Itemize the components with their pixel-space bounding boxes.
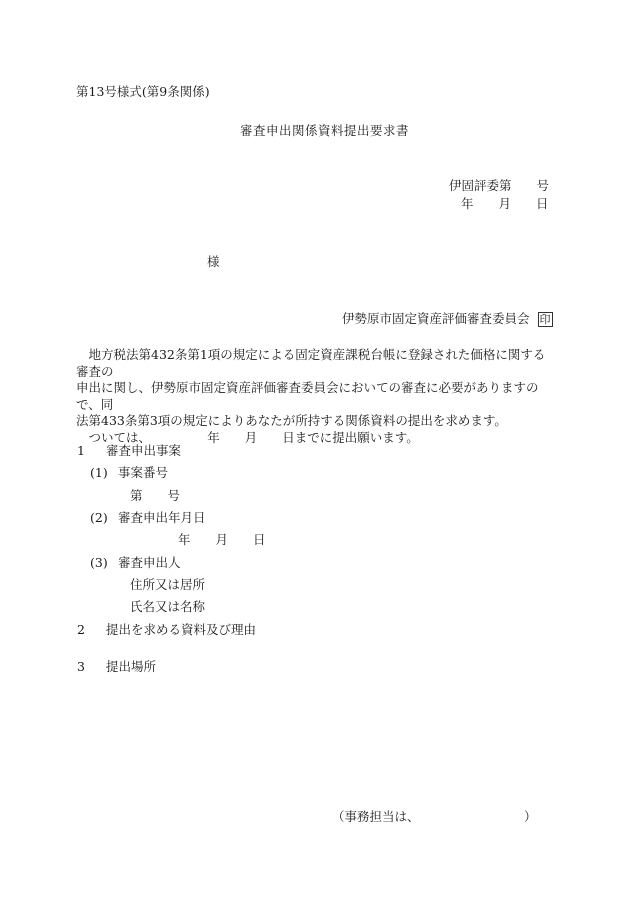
item-2-label: 審査申出年月日 xyxy=(118,510,206,526)
body-line: 地方税法第432条第1項の規定による固定資産課税台帳に登録された価格に関する審査… xyxy=(76,347,554,380)
body-line: 法第433条第3項の規定によりあなたが所持する関係資料の提出を求めます。 xyxy=(76,413,554,430)
addressee-suffix: 様 xyxy=(207,254,220,270)
section-1-number: 1 xyxy=(77,443,85,459)
seal-mark: 印 xyxy=(538,312,553,327)
item-3-label: 審査申出人 xyxy=(118,555,181,571)
case-number-field: 第 号 xyxy=(130,488,180,504)
reference-number: 伊固評委第 号 xyxy=(449,178,549,194)
body-line: 申出に関し、伊勢原市固定資産評価審査委員会においての審査に必要がありますので、同 xyxy=(76,380,554,413)
filing-date-field: 年 月 日 xyxy=(178,532,266,548)
body-text: 地方税法第432条第1項の規定による固定資産課税台帳に登録された価格に関する審査… xyxy=(76,347,554,446)
item-1-number: (1) xyxy=(90,465,108,481)
section-2-title: 提出を求める資料及び理由 xyxy=(106,622,256,638)
form-label: 第13号様式(第9条関係) xyxy=(76,84,210,100)
document-title: 審査申出関係資料提出要求書 xyxy=(240,123,409,139)
item-2-number: (2) xyxy=(90,510,108,526)
section-1-title: 審査申出事案 xyxy=(106,443,181,459)
contact-open: （事務担当は、 xyxy=(332,809,420,825)
section-2-number: 2 xyxy=(77,622,85,638)
section-3-number: 3 xyxy=(77,659,85,675)
applicant-address-label: 住所又は居所 xyxy=(130,577,205,593)
reference-date: 年 月 日 xyxy=(461,196,549,212)
item-3-number: (3) xyxy=(90,555,108,571)
applicant-name-label: 氏名又は名称 xyxy=(130,599,205,615)
contact-close: ） xyxy=(524,809,537,825)
issuer: 伊勢原市固定資産評価審査委員会印 xyxy=(342,311,553,327)
item-1-label: 事案番号 xyxy=(118,465,168,481)
issuer-name: 伊勢原市固定資産評価審査委員会 xyxy=(342,311,530,326)
section-3-title: 提出場所 xyxy=(106,659,156,675)
